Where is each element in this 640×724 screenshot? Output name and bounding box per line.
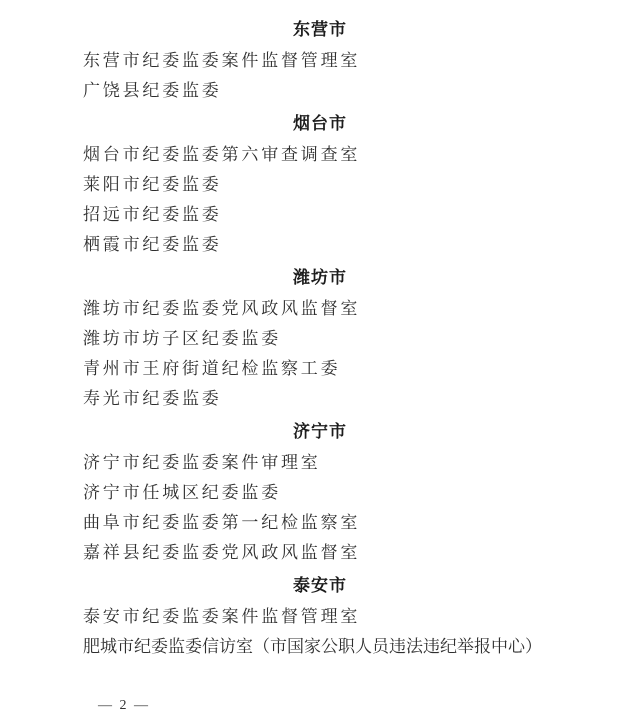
org-line: 济宁市任城区纪委监委 xyxy=(0,478,640,508)
document-page: 东营市 东营市纪委监委案件监督管理室 广饶县纪委监委 烟台市 烟台市纪委监委第六… xyxy=(0,0,640,724)
section-taian: 泰安市 泰安市纪委监委案件监督管理室 肥城市纪委监委信访室（市国家公职人员违法违… xyxy=(0,570,640,662)
page-number: — 2 — xyxy=(98,698,150,714)
org-line: 泰安市纪委监委案件监督管理室 xyxy=(0,602,640,632)
org-line: 寿光市纪委监委 xyxy=(0,384,640,414)
city-heading: 济宁市 xyxy=(0,416,640,448)
city-heading: 潍坊市 xyxy=(0,262,640,294)
org-line: 烟台市纪委监委第六审查调查室 xyxy=(0,140,640,170)
section-weifang: 潍坊市 潍坊市纪委监委党风政风监督室 潍坊市坊子区纪委监委 青州市王府街道纪检监… xyxy=(0,262,640,414)
org-line: 东营市纪委监委案件监督管理室 xyxy=(0,46,640,76)
org-line: 嘉祥县纪委监委党风政风监督室 xyxy=(0,538,640,568)
org-line: 潍坊市纪委监委党风政风监督室 xyxy=(0,294,640,324)
org-line: 曲阜市纪委监委第一纪检监察室 xyxy=(0,508,640,538)
section-dongying: 东营市 东营市纪委监委案件监督管理室 广饶县纪委监委 xyxy=(0,14,640,106)
section-jining: 济宁市 济宁市纪委监委案件审理室 济宁市任城区纪委监委 曲阜市纪委监委第一纪检监… xyxy=(0,416,640,568)
org-line: 济宁市纪委监委案件审理室 xyxy=(0,448,640,478)
org-line: 广饶县纪委监委 xyxy=(0,76,640,106)
city-heading: 东营市 xyxy=(0,14,640,46)
city-heading: 烟台市 xyxy=(0,108,640,140)
section-yantai: 烟台市 烟台市纪委监委第六审查调查室 莱阳市纪委监委 招远市纪委监委 栖霞市纪委… xyxy=(0,108,640,260)
org-line: 肥城市纪委监委信访室（市国家公职人员违法违纪举报中心） xyxy=(0,632,640,662)
org-line: 青州市王府街道纪检监察工委 xyxy=(0,354,640,384)
org-line: 栖霞市纪委监委 xyxy=(0,230,640,260)
city-heading: 泰安市 xyxy=(0,570,640,602)
org-line: 招远市纪委监委 xyxy=(0,200,640,230)
org-line: 莱阳市纪委监委 xyxy=(0,170,640,200)
org-line: 潍坊市坊子区纪委监委 xyxy=(0,324,640,354)
